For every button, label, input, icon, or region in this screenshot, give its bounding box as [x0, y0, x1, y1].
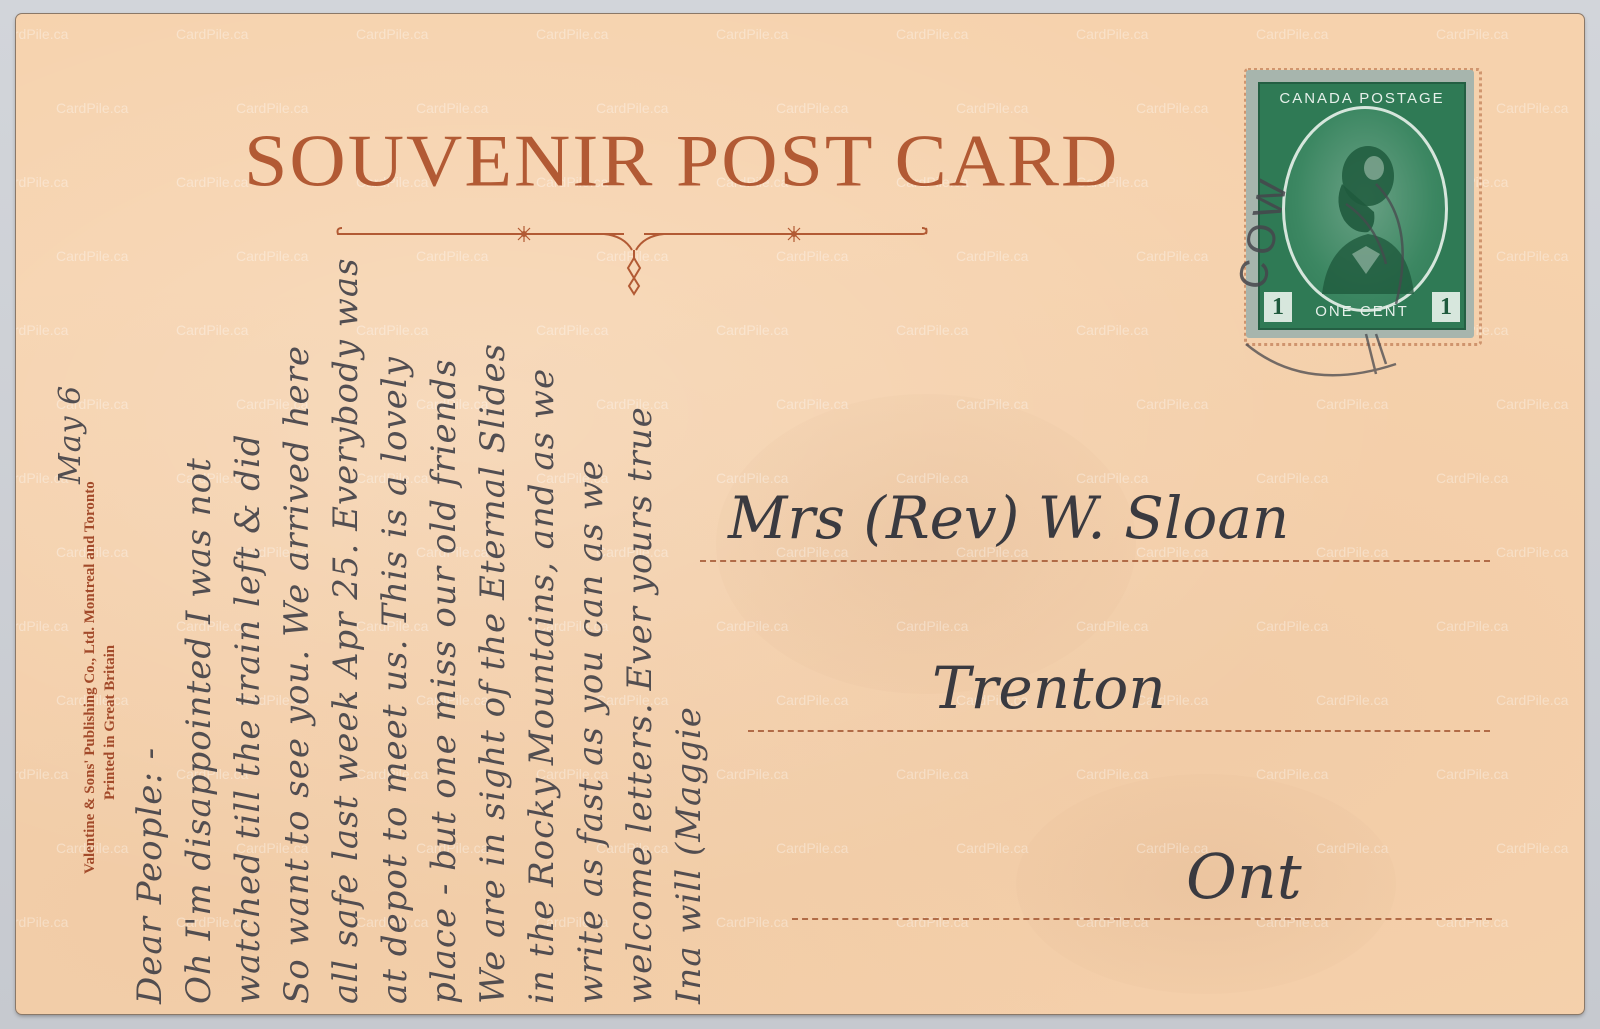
message-line: watched till the train left & did	[224, 44, 273, 1004]
printed-in: Printed in Great Britain	[100, 154, 120, 874]
message-line: We are in sight of the Eternal Slides	[469, 44, 518, 1004]
message-line: Ina will (Maggie	[665, 44, 714, 1004]
watermark-text: CardPile.ca	[1436, 26, 1508, 42]
watermark-text: CardPile.ca	[1076, 766, 1148, 782]
watermark-text: CardPile.ca	[1436, 618, 1508, 634]
watermark-text: CardPile.ca	[1256, 618, 1328, 634]
watermark-text: CardPile.ca	[16, 766, 68, 782]
watermark-text: CardPile.ca	[716, 322, 788, 338]
watermark-text: CardPile.ca	[1316, 544, 1388, 560]
message-line: write as fast as you can as we	[567, 44, 616, 1004]
watermark-text: CardPile.ca	[956, 840, 1028, 856]
watermark-text: CardPile.ca	[716, 766, 788, 782]
watermark-text: CardPile.ca	[1076, 322, 1148, 338]
watermark-text: CardPile.ca	[16, 914, 68, 930]
watermark-text: CardPile.ca	[1316, 396, 1388, 412]
watermark-text: CardPile.ca	[16, 618, 68, 634]
watermark-text: CardPile.ca	[716, 26, 788, 42]
message-line: Dear People: -	[126, 44, 175, 1004]
watermark-text: CardPile.ca	[776, 692, 848, 708]
recipient-city: Trenton	[932, 654, 1166, 722]
postcard: CardPile.caCardPile.caCardPile.caCardPil…	[16, 14, 1584, 1014]
watermark-text: CardPile.ca	[776, 396, 848, 412]
watermark-text: CardPile.ca	[1496, 544, 1568, 560]
address-line-2	[748, 730, 1490, 732]
address-line-1	[700, 560, 1490, 562]
watermark-text: CardPile.ca	[1436, 766, 1508, 782]
watermark-text: CardPile.ca	[1496, 840, 1568, 856]
watermark-text: CardPile.ca	[716, 618, 788, 634]
recipient-name: Mrs (Rev) W. Sloan	[728, 484, 1289, 552]
stamp-top-label: CANADA POSTAGE	[1260, 90, 1464, 107]
watermark-text: CardPile.ca	[716, 914, 788, 930]
watermark-text: CardPile.ca	[1436, 470, 1508, 486]
watermark-text: CardPile.ca	[16, 26, 68, 42]
watermark-text: CardPile.ca	[1316, 692, 1388, 708]
watermark-text: CardPile.ca	[1136, 100, 1208, 116]
watermark-text: CardPile.ca	[536, 26, 608, 42]
watermark-text: CardPile.ca	[896, 26, 968, 42]
watermark-text: CardPile.ca	[1076, 618, 1148, 634]
message-line: So want to see you. We arrived here	[273, 44, 322, 1004]
message-line: in the Rocky Mountains, and as we	[518, 44, 567, 1004]
watermark-text: CardPile.ca	[896, 914, 968, 930]
message-line: Oh I'm disappointed I was not	[175, 44, 224, 1004]
watermark-text: CardPile.ca	[776, 100, 848, 116]
watermark-text: CardPile.ca	[56, 100, 128, 116]
watermark-text: CardPile.ca	[1496, 692, 1568, 708]
address-line-3	[792, 918, 1492, 920]
watermark-text: CardPile.ca	[1496, 100, 1568, 116]
handwritten-message: May 6 Dear People: - Oh I'm disappointed…	[126, 44, 714, 1004]
watermark-text: CardPile.ca	[1256, 26, 1328, 42]
watermark-text: CardPile.ca	[1256, 766, 1328, 782]
watermark-text: CardPile.ca	[1076, 26, 1148, 42]
watermark-text: CardPile.ca	[1496, 396, 1568, 412]
watermark-text: CardPile.ca	[1076, 914, 1148, 930]
watermark-text: CardPile.ca	[1256, 914, 1328, 930]
watermark-text: CardPile.ca	[956, 396, 1028, 412]
scan-background: CardPile.caCardPile.caCardPile.caCardPil…	[0, 0, 1600, 1029]
message-line: welcome letters. Ever yours true	[616, 44, 665, 1004]
watermark-text: CardPile.ca	[1316, 840, 1388, 856]
watermark-text: CardPile.ca	[16, 322, 68, 338]
message-date: May 6	[46, 385, 95, 484]
watermark-text: CardPile.ca	[176, 26, 248, 42]
watermark-text: CardPile.ca	[896, 766, 968, 782]
watermark-text: CardPile.ca	[1136, 248, 1208, 264]
watermark-text: CardPile.ca	[956, 100, 1028, 116]
watermark-text: CardPile.ca	[356, 26, 428, 42]
message-line: place - but one miss our old friends	[420, 44, 469, 1004]
watermark-text: CardPile.ca	[896, 618, 968, 634]
watermark-text: CardPile.ca	[1436, 914, 1508, 930]
watermark-text: CardPile.ca	[956, 248, 1028, 264]
publisher-imprint: Valentine & Sons' Publishing Co., Ltd. M…	[80, 154, 120, 874]
watermark-text: CardPile.ca	[1136, 396, 1208, 412]
publisher-name: Valentine & Sons' Publishing Co., Ltd. M…	[80, 154, 100, 874]
recipient-province: Ont	[1186, 840, 1302, 913]
watermark-text: CardPile.ca	[896, 322, 968, 338]
watermark-text: CardPile.ca	[16, 174, 68, 190]
message-line: all safe last week Apr 25. Everybody was	[322, 44, 371, 1004]
message-line: at depot to meet us. This is a lovely	[371, 44, 420, 1004]
watermark-text: CardPile.ca	[776, 840, 848, 856]
